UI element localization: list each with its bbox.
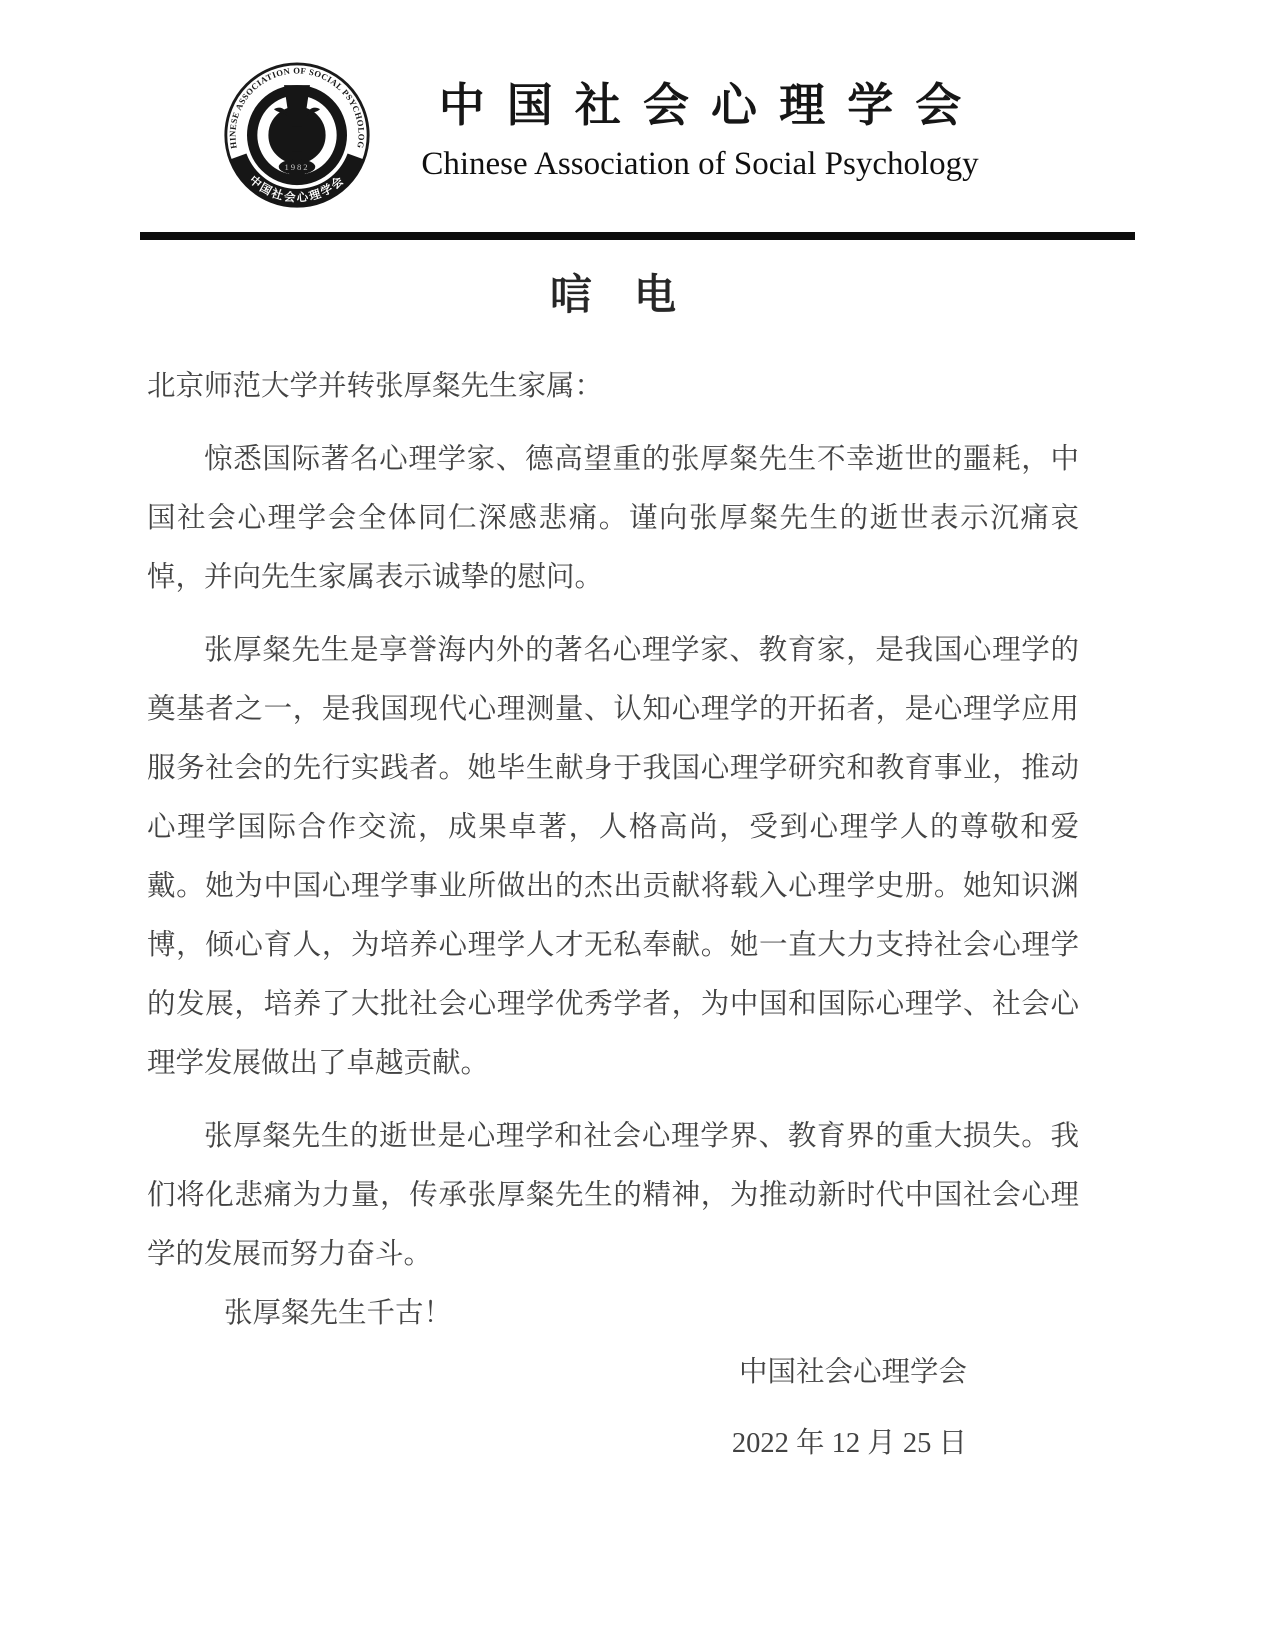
letterhead: CHINESE ASSOCIATION OF SOCIAL PSYCHOLOGY — [0, 0, 1275, 219]
paragraph-1: 惊悉国际著名心理学家、德高望重的张厚粲先生不幸逝世的噩耗，中国社会心理学会全体同… — [147, 430, 1079, 607]
signature-date: 2022 年 12 月 25 日 — [147, 1414, 967, 1473]
signature-block: 中国社会心理学会 2022 年 12 月 25 日 — [147, 1343, 1079, 1473]
letterhead-rule — [140, 232, 1135, 240]
letter-page: CHINESE ASSOCIATION OF SOCIAL PSYCHOLOGY — [0, 0, 1275, 1650]
signature-org: 中国社会心理学会 — [147, 1343, 967, 1402]
seal-svg: CHINESE ASSOCIATION OF SOCIAL PSYCHOLOGY — [222, 55, 372, 219]
letterhead-titles: 中国社会心理学会 Chinese Association of Social P… — [408, 55, 992, 184]
salutation-line: 北京师范大学并转张厚粲先生家属： — [147, 357, 1079, 416]
org-name-cn: 中国社会心理学会 — [408, 79, 992, 131]
paragraph-3: 张厚粲先生的逝世是心理学和社会心理学界、教育界的重大损失。我们将化悲痛为力量，传… — [147, 1107, 1079, 1284]
tribute-line: 张厚粲先生千古！ — [147, 1284, 1079, 1343]
letter-body: 唁 电 北京师范大学并转张厚粲先生家属： 惊悉国际著名心理学家、德高望重的张厚粲… — [147, 271, 1079, 1473]
org-name-en: Chinese Association of Social Psychology — [408, 144, 992, 184]
letter-title: 唁 电 — [147, 271, 1079, 319]
paragraph-2: 张厚粲先生是享誉海内外的著名心理学家、教育家，是我国心理学的奠基者之一，是我国现… — [147, 621, 1079, 1093]
association-seal-logo: CHINESE ASSOCIATION OF SOCIAL PSYCHOLOGY — [222, 55, 372, 219]
seal-year: 1982 — [285, 162, 310, 172]
